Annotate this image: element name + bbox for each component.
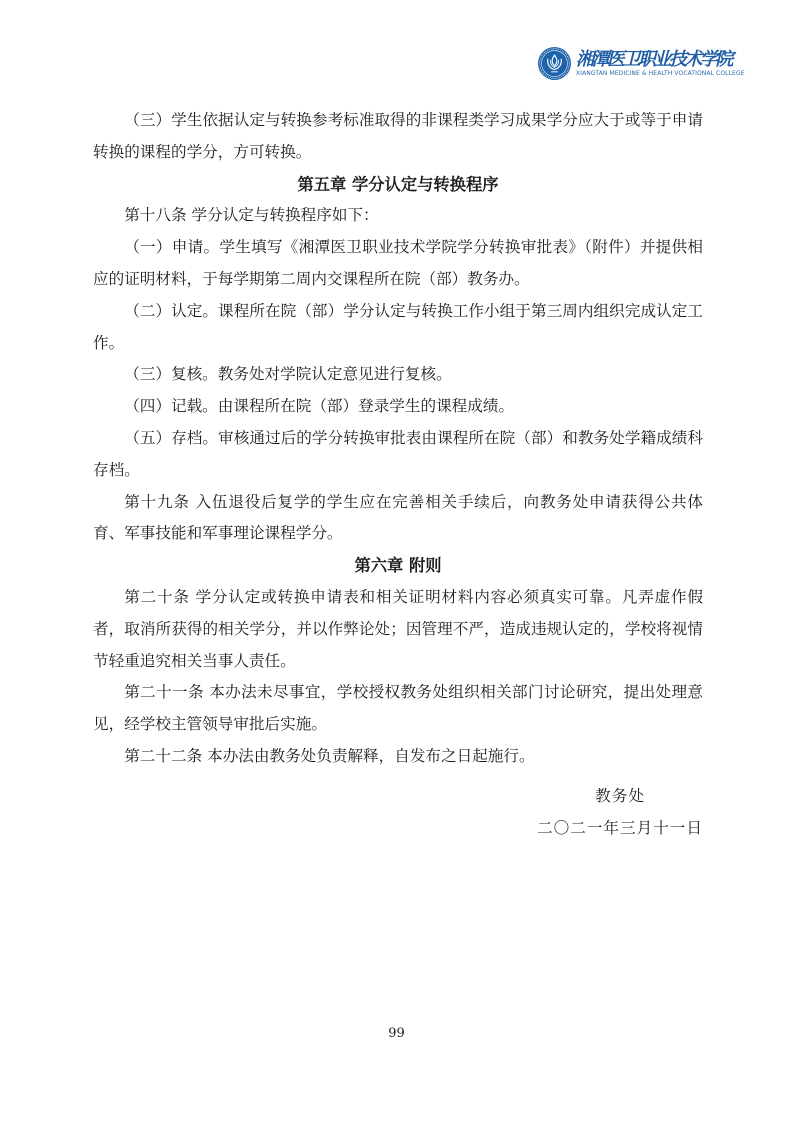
- paragraph: （五）存档。审核通过后的学分转换审批表由课程所在院（部）和教务处学籍成绩科存档。: [93, 423, 703, 487]
- signature-inner: 教务处 二〇二一年三月十一日: [537, 781, 703, 845]
- document-blocks: （三）学生依据认定与转换参考标准取得的非课程类学习成果学分应大于或等于申请转换的…: [93, 105, 703, 773]
- signature-date: 二〇二一年三月十一日: [537, 813, 703, 845]
- college-name-en: XIANGTAN MEDICINE & HEALTH VOCATIONAL CO…: [576, 70, 745, 77]
- paragraph: 第二十二条 本办法由教务处负责解释，自发布之日起施行。: [93, 741, 703, 773]
- college-emblem-icon: [537, 46, 572, 81]
- document-body: （三）学生依据认定与转换参考标准取得的非课程类学习成果学分应大于或等于申请转换的…: [93, 105, 703, 844]
- paragraph: （三）学生依据认定与转换参考标准取得的非课程类学习成果学分应大于或等于申请转换的…: [93, 105, 703, 169]
- college-logo: 湘潭医卫职业技术学院 XIANGTAN MEDICINE & HEALTH VO…: [537, 46, 745, 81]
- paragraph: （四）记载。由课程所在院（部）登录学生的课程成绩。: [93, 391, 703, 423]
- paragraph: （一）申请。学生填写《湘潭医卫职业技术学院学分转换审批表》（附件）并提供相应的证…: [93, 232, 703, 296]
- paragraph: （二）认定。课程所在院（部）学分认定与转换工作小组于第三周内组织完成认定工作。: [93, 296, 703, 360]
- paragraph: 第二十一条 本办法未尽事宜，学校授权教务处组织相关部门讨论研究，提出处理意见，经…: [93, 677, 703, 741]
- paragraph: 第十八条 学分认定与转换程序如下：: [93, 200, 703, 232]
- paragraph: 第十九条 入伍退役后复学的学生应在完善相关手续后，向教务处申请获得公共体育、军事…: [93, 487, 703, 551]
- paragraph: （三）复核。教务处对学院认定意见进行复核。: [93, 359, 703, 391]
- chapter-heading: 第六章 附则: [93, 550, 703, 582]
- college-logo-text: 湘潭医卫职业技术学院 XIANGTAN MEDICINE & HEALTH VO…: [576, 50, 745, 77]
- college-name-zh: 湘潭医卫职业技术学院: [576, 50, 745, 69]
- document-page: 湘潭医卫职业技术学院 XIANGTAN MEDICINE & HEALTH VO…: [0, 0, 793, 1122]
- paragraph: 第二十条 学分认定或转换申请表和相关证明材料内容必须真实可靠。凡弄虚作假者，取消…: [93, 582, 703, 677]
- chapter-heading: 第五章 学分认定与转换程序: [93, 169, 703, 201]
- signature-block: 教务处 二〇二一年三月十一日: [93, 781, 703, 845]
- signature-department: 教务处: [537, 781, 703, 813]
- page-number: 99: [0, 1026, 793, 1042]
